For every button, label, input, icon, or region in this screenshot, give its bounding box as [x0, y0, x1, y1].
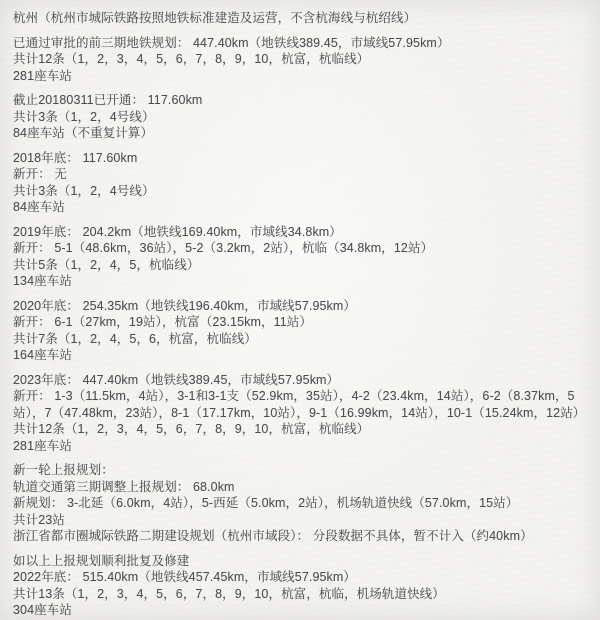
text-line: 浙江省都市圈城际铁路二期建设规划（杭州市域段）： 分段数据不具体，暂不计入（约4… — [13, 528, 588, 545]
document-page: 杭州（杭州市城际铁路按照地铁标准建造及运营，不含杭海线与杭绍线） 已通过审批的前… — [0, 0, 600, 620]
paragraph-year-2020: 2020年底： 254.35km（地铁线196.40km，市域线57.95km）… — [13, 298, 588, 364]
text-line: 新开： 无 — [13, 166, 588, 183]
paragraph-city-header: 杭州（杭州市城际铁路按照地铁标准建造及运营，不含杭海线与杭绍线） — [13, 10, 588, 27]
text-line: 共计3条（1，2，4号线） — [13, 183, 588, 200]
text-line: 共计12条（1，2，3，4，5，6，7，8，9，10，杭富，杭临线） — [13, 421, 588, 438]
text-line: 新开： 5-1（48.6km，36站），5-2（3.2km，2站），杭临（34.… — [13, 240, 588, 257]
text-line: 新一轮上报规划： — [13, 462, 588, 479]
text-line: 2022年底： 515.40km（地铁线457.45km，市域线57.95km） — [13, 569, 588, 586]
text-line: 共计7条（1，2，4，5，6，杭富，杭临线） — [13, 331, 588, 348]
paragraph-year-2019: 2019年底： 204.2km（地铁线169.40km，市域线34.8km） 新… — [13, 224, 588, 290]
text-line: 截止20180311已开通： 117.60km — [13, 92, 588, 109]
text-line: 共计5条（1，2，4，5，杭临线） — [13, 257, 588, 274]
text-line: 杭州（杭州市城际铁路按照地铁标准建造及运营，不含杭海线与杭绍线） — [13, 10, 588, 27]
text-line: 共计12条（1，2，3，4，5，6，7，8，9，10，杭富，杭临线） — [13, 51, 588, 68]
text-line: 2023年底： 447.40km（地铁线389.45，市域线57.95km） — [13, 372, 588, 389]
text-line: 2020年底： 254.35km（地铁线196.40km，市域线57.95km） — [13, 298, 588, 315]
text-line: 304座车站 — [13, 602, 588, 619]
text-line: 281座车站 — [13, 68, 588, 85]
paragraph-year-2022-projection: 如以上上报规划顺利批复及修建 2022年底： 515.40km（地铁线457.4… — [13, 553, 588, 619]
text-line: 新开： 6-1（27km，19站），杭富（23.15km，11站） — [13, 314, 588, 331]
text-line: 281座车站 — [13, 438, 588, 455]
text-line: 84座车站（不重复计算） — [13, 125, 588, 142]
text-line: 2019年底： 204.2km（地铁线169.40km，市域线34.8km） — [13, 224, 588, 241]
paragraph-approved-three-phase-plan: 已通过审批的前三期地铁规划： 447.40km（地铁线389.45，市域线57.… — [13, 35, 588, 85]
text-line: 134座车站 — [13, 273, 588, 290]
text-line: 共计3条（1，2，4号线） — [13, 109, 588, 126]
text-line: 共计23站 — [13, 512, 588, 529]
text-line: 轨道交通第三期调整上报规划： 68.0km — [13, 479, 588, 496]
text-line: 2018年底： 117.60km — [13, 150, 588, 167]
text-line: 新规划： 3-北延（6.0km，4站），5-西延（5.0km，2站），机场轨道快… — [13, 495, 588, 512]
paragraph-opened-as-of-20180311: 截止20180311已开通： 117.60km 共计3条（1，2，4号线） 84… — [13, 92, 588, 142]
paragraph-year-2018: 2018年底： 117.60km 新开： 无 共计3条（1，2，4号线） 84座… — [13, 150, 588, 216]
paragraph-new-round-plan: 新一轮上报规划： 轨道交通第三期调整上报规划： 68.0km 新规划： 3-北延… — [13, 462, 588, 545]
text-line: 164座车站 — [13, 347, 588, 364]
text-line: 新开： 1-3（11.5km，4站），3-1和3-1支（52.9km，35站），… — [13, 388, 588, 421]
text-line: 已通过审批的前三期地铁规划： 447.40km（地铁线389.45，市域线57.… — [13, 35, 588, 52]
paragraph-year-2023: 2023年底： 447.40km（地铁线389.45，市域线57.95km） 新… — [13, 372, 588, 455]
text-line: 如以上上报规划顺利批复及修建 — [13, 553, 588, 570]
text-line: 84座车站 — [13, 199, 588, 216]
text-line: 共计13条（1，2，3，4，5，6，7，8，9，10，杭富，杭临，机场轨道快线） — [13, 586, 588, 603]
